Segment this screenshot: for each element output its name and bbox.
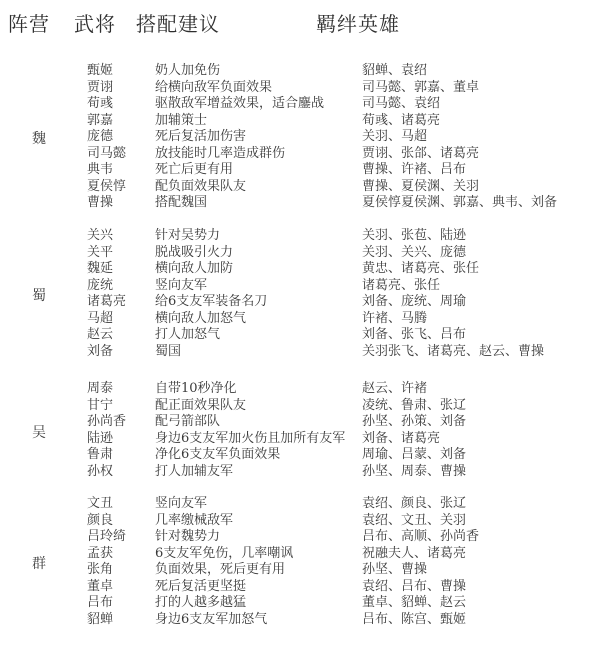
- general-name: 赵云: [87, 327, 113, 344]
- table-header: 阵营 武将 搭配建议 羁绊英雄: [0, 8, 600, 38]
- table-row: 司马懿放技能时几率造成群伤贾诩、张郃、诸葛亮: [0, 146, 600, 163]
- suggestion-text: 驱散敌军增益效果，适合鏖战: [155, 96, 324, 113]
- general-name: 典韦: [87, 162, 113, 179]
- general-name: 关兴: [87, 228, 113, 245]
- bond-heroes-text: 司马懿、郭嘉、董卓: [362, 80, 479, 97]
- bond-heroes-text: 董卓、貂蝉、赵云: [362, 595, 466, 612]
- table-row: 荀彧驱散敌军增益效果，适合鏖战司马懿、袁绍: [0, 96, 600, 113]
- table-row: 颜良几率缴械敌军袁绍、文丑、关羽: [0, 513, 600, 530]
- general-name: 荀彧: [87, 96, 113, 113]
- table-row: 夏侯惇配负面效果队友曹操、夏侯渊、关羽: [0, 179, 600, 196]
- bond-heroes-text: 袁绍、文丑、关羽: [362, 513, 466, 530]
- general-name: 孙权: [87, 464, 113, 481]
- bond-heroes-text: 吕布、高顺、孙尚香: [362, 529, 479, 546]
- suggestion-text: 负面效果，死后更有用: [155, 562, 285, 579]
- bond-heroes-text: 关羽张飞、诸葛亮、赵云、曹操: [362, 344, 544, 361]
- table-row: 曹操搭配魏国夏侯惇夏侯渊、郭嘉、典韦、刘备: [0, 195, 600, 212]
- suggestion-text: 横向敌人加怒气: [155, 311, 246, 328]
- table-row: 甘宁配正面效果队友凌统、鲁肃、张辽: [0, 398, 600, 415]
- bond-heroes-text: 刘备、庞统、周瑜: [362, 294, 466, 311]
- bond-heroes-text: 曹操、许褚、吕布: [362, 162, 466, 179]
- table-row: 董卓死后复活更坚挺袁绍、吕布、曹操: [0, 579, 600, 596]
- table-row: 吕布打的人越多越猛董卓、貂蝉、赵云: [0, 595, 600, 612]
- general-name: 关平: [87, 245, 113, 262]
- general-name: 庞德: [87, 129, 113, 146]
- table-row: 甄姬奶人加免伤貂蝉、袁绍: [0, 63, 600, 80]
- table-row: 关兴针对吴势力关羽、张苞、陆逊: [0, 228, 600, 245]
- suggestion-text: 放技能时几率造成群伤: [155, 146, 285, 163]
- header-bond-heroes: 羁绊英雄: [316, 8, 400, 37]
- general-name: 魏延: [87, 261, 113, 278]
- bond-heroes-text: 刘备、诸葛亮: [362, 431, 440, 448]
- suggestion-text: 配弓箭部队: [155, 414, 220, 431]
- suggestion-text: 死后复活更坚挺: [155, 579, 246, 596]
- table-row: 马超横向敌人加怒气许褚、马腾: [0, 311, 600, 328]
- table-row: 郭嘉加辅策士荀彧、诸葛亮: [0, 113, 600, 130]
- suggestion-text: 身边6支友军加怒气: [155, 612, 267, 629]
- general-name: 孟获: [87, 546, 113, 563]
- faction-section: 魏甄姬奶人加免伤貂蝉、袁绍贾诩给横向敌军负面效果司马懿、郭嘉、董卓荀彧驱散敌军增…: [0, 63, 600, 212]
- table-row: 贾诩给横向敌军负面效果司马懿、郭嘉、董卓: [0, 80, 600, 97]
- bond-heroes-text: 孙坚、曹操: [362, 562, 427, 579]
- bond-heroes-text: 貂蝉、袁绍: [362, 63, 427, 80]
- table-row: 刘备蜀国关羽张飞、诸葛亮、赵云、曹操: [0, 344, 600, 361]
- table-row: 典韦死亡后更有用曹操、许褚、吕布: [0, 162, 600, 179]
- bond-heroes-text: 司马懿、袁绍: [362, 96, 440, 113]
- general-name: 陆逊: [87, 431, 113, 448]
- bond-heroes-text: 袁绍、吕布、曹操: [362, 579, 466, 596]
- table-row: 魏延横向敌人加防黄忠、诸葛亮、张任: [0, 261, 600, 278]
- suggestion-text: 打的人越多越猛: [155, 595, 246, 612]
- general-name: 吕玲绮: [87, 529, 126, 546]
- suggestion-text: 配负面效果队友: [155, 179, 246, 196]
- bond-heroes-text: 荀彧、诸葛亮: [362, 113, 440, 130]
- header-suggestion: 搭配建议: [136, 8, 220, 37]
- suggestion-text: 竖向友军: [155, 278, 207, 295]
- table-row: 吕玲绮针对魏势力吕布、高顺、孙尚香: [0, 529, 600, 546]
- bond-heroes-text: 吕布、陈宫、甄姬: [362, 612, 466, 629]
- suggestion-text: 几率缴械敌军: [155, 513, 233, 530]
- suggestion-text: 6支友军免伤，几率嘲讽: [155, 546, 293, 563]
- table-row: 诸葛亮给6支友军装备名刀刘备、庞统、周瑜: [0, 294, 600, 311]
- suggestion-text: 自带10秒净化: [155, 381, 237, 398]
- general-name: 鲁肃: [87, 447, 113, 464]
- bond-heroes-text: 凌统、鲁肃、张辽: [362, 398, 466, 415]
- suggestion-text: 死亡后更有用: [155, 162, 233, 179]
- table-row: 关平脱战吸引火力关羽、关兴、庞德: [0, 245, 600, 262]
- table-row: 孟获6支友军免伤，几率嘲讽祝融夫人、诸葛亮: [0, 546, 600, 563]
- bond-heroes-text: 关羽、关兴、庞德: [362, 245, 466, 262]
- header-faction: 阵营: [8, 8, 50, 37]
- suggestion-text: 给横向敌军负面效果: [155, 80, 272, 97]
- bond-heroes-text: 夏侯惇夏侯渊、郭嘉、典韦、刘备: [362, 195, 557, 212]
- bond-heroes-text: 刘备、张飞、吕布: [362, 327, 466, 344]
- suggestion-text: 蜀国: [155, 344, 181, 361]
- suggestion-text: 打人加辅友军: [155, 464, 233, 481]
- general-name: 孙尚香: [87, 414, 126, 431]
- bond-heroes-text: 黄忠、诸葛亮、张任: [362, 261, 479, 278]
- general-name: 诸葛亮: [87, 294, 126, 311]
- general-name: 甄姬: [87, 63, 113, 80]
- table-row: 文丑竖向友军袁绍、颜良、张辽: [0, 496, 600, 513]
- bond-heroes-text: 诸葛亮、张任: [362, 278, 440, 295]
- bond-heroes-text: 贾诩、张郃、诸葛亮: [362, 146, 479, 163]
- faction-section: 吴周泰自带10秒净化赵云、许褚甘宁配正面效果队友凌统、鲁肃、张辽孙尚香配弓箭部队…: [0, 381, 600, 480]
- general-name: 郭嘉: [87, 113, 113, 130]
- table-row: 孙尚香配弓箭部队孙坚、孙策、刘备: [0, 414, 600, 431]
- suggestion-text: 身边6支友军加火伤且加所有友军: [155, 431, 345, 448]
- suggestion-text: 脱战吸引火力: [155, 245, 233, 262]
- suggestion-text: 竖向友军: [155, 496, 207, 513]
- general-name: 司马懿: [87, 146, 126, 163]
- general-name: 颜良: [87, 513, 113, 530]
- bond-heroes-text: 赵云、许褚: [362, 381, 427, 398]
- suggestion-text: 加辅策士: [155, 113, 207, 130]
- suggestion-text: 搭配魏国: [155, 195, 207, 212]
- table-row: 周泰自带10秒净化赵云、许褚: [0, 381, 600, 398]
- bond-heroes-text: 关羽、马超: [362, 129, 427, 146]
- table-row: 张角负面效果，死后更有用孙坚、曹操: [0, 562, 600, 579]
- suggestion-text: 净化6支友军负面效果: [155, 447, 280, 464]
- bond-heroes-text: 关羽、张苞、陆逊: [362, 228, 466, 245]
- bond-heroes-text: 周瑜、吕蒙、刘备: [362, 447, 466, 464]
- table-row: 庞德死后复活加伤害关羽、马超: [0, 129, 600, 146]
- faction-section: 群文丑竖向友军袁绍、颜良、张辽颜良几率缴械敌军袁绍、文丑、关羽吕玲绮针对魏势力吕…: [0, 496, 600, 628]
- table-row: 陆逊身边6支友军加火伤且加所有友军刘备、诸葛亮: [0, 431, 600, 448]
- general-name: 庞统: [87, 278, 113, 295]
- faction-section: 蜀关兴针对吴势力关羽、张苞、陆逊关平脱战吸引火力关羽、关兴、庞德魏延横向敌人加防…: [0, 228, 600, 360]
- header-general: 武将: [74, 8, 116, 37]
- general-name: 董卓: [87, 579, 113, 596]
- general-name: 甘宁: [87, 398, 113, 415]
- bond-heroes-text: 祝融夫人、诸葛亮: [362, 546, 466, 563]
- general-name: 贾诩: [87, 80, 113, 97]
- general-name: 夏侯惇: [87, 179, 126, 196]
- suggestion-text: 横向敌人加防: [155, 261, 233, 278]
- suggestion-text: 配正面效果队友: [155, 398, 246, 415]
- general-name: 马超: [87, 311, 113, 328]
- general-name: 曹操: [87, 195, 113, 212]
- table-row: 赵云打人加怒气刘备、张飞、吕布: [0, 327, 600, 344]
- bond-heroes-text: 许褚、马腾: [362, 311, 427, 328]
- suggestion-text: 死后复活加伤害: [155, 129, 246, 146]
- suggestion-text: 奶人加免伤: [155, 63, 220, 80]
- table-row: 貂蝉身边6支友军加怒气吕布、陈宫、甄姬: [0, 612, 600, 629]
- general-name: 刘备: [87, 344, 113, 361]
- general-name: 张角: [87, 562, 113, 579]
- general-name: 貂蝉: [87, 612, 113, 629]
- table-row: 庞统竖向友军诸葛亮、张任: [0, 278, 600, 295]
- suggestion-text: 打人加怒气: [155, 327, 220, 344]
- bond-heroes-text: 曹操、夏侯渊、关羽: [362, 179, 479, 196]
- bond-heroes-text: 孙坚、孙策、刘备: [362, 414, 466, 431]
- bond-heroes-text: 孙坚、周泰、曹操: [362, 464, 466, 481]
- general-name: 文丑: [87, 496, 113, 513]
- suggestion-text: 给6支友军装备名刀: [155, 294, 267, 311]
- suggestion-text: 针对魏势力: [155, 529, 220, 546]
- suggestion-text: 针对吴势力: [155, 228, 220, 245]
- general-name: 周泰: [87, 381, 113, 398]
- general-name: 吕布: [87, 595, 113, 612]
- table-row: 孙权打人加辅友军孙坚、周泰、曹操: [0, 464, 600, 481]
- table-row: 鲁肃净化6支友军负面效果周瑜、吕蒙、刘备: [0, 447, 600, 464]
- bond-heroes-text: 袁绍、颜良、张辽: [362, 496, 466, 513]
